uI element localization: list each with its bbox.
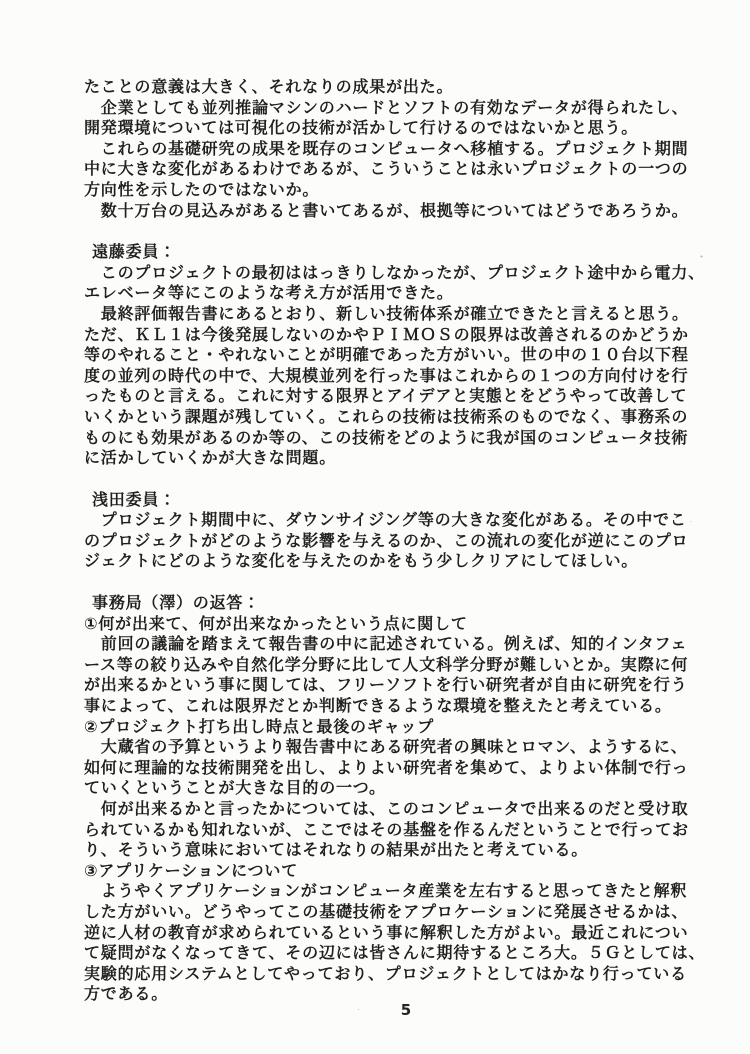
text-line: これらの基礎研究の成果を既存のコンピュータへ移植する。プロジェクト期間 (84, 139, 709, 160)
text-line: て疑問がなくなってきて、その辺には皆さんに期待するところ大。５Ｇとしては、 (84, 943, 709, 964)
text-line: たことの意義は大きく、それなりの成果が出た。 (84, 77, 709, 98)
text-line: ジェクトにどのような変化を与えたのかをもう少しクリアにしてほしい。 (84, 551, 709, 572)
text-line: 数十万台の見込みがあると書いてあるが、根拠等についてはどうであろうか。 (84, 201, 709, 222)
text-line: ものにも効果があるのか等の、この技術をどのように我が国のコンピュータ技術 (84, 428, 709, 449)
text-line: 等のやれること・やれないことが明確であった方がいい。世の中の１０台以下程 (84, 345, 709, 366)
document-body: たことの意義は大きく、それなりの成果が出た。 企業としても並列推論マシンのハード… (84, 77, 709, 1005)
text-line: り、そういう意味においてはそれなりの結果が出たと考えている。 (84, 840, 709, 861)
speaker-heading: 事務局（澤）の返答： (84, 593, 709, 614)
page-number: 5 (394, 1001, 418, 1019)
speaker-heading: 浅田委員： (84, 490, 709, 511)
text-line: 何が出来るかと言ったかについては、このコンピュータで出来るのだと受け取 (84, 799, 709, 820)
text-line: 方向性を示したのではないか。 (84, 180, 709, 201)
text-line: プロジェクト期間中に、ダウンサイジング等の大きな変化がある。その中でこ (84, 510, 709, 531)
text-line: いくかという課題が残していく。これらの技術は技術系のものでなく、事務系の (84, 407, 709, 428)
text-line: した方がいい。どうやってこの基礎技術をアプロケーションに発展させるかは、 (84, 902, 709, 923)
text-line: ようやくアプリケーションがコンピュータ産業を左右すると思ってきたと解釈 (84, 881, 709, 902)
section-endo-committee-member: 遠藤委員： このプロジェクトの最初ははっきりしなかったが、プロジェクト途中から電… (84, 242, 709, 469)
text-line: エレベータ等にこのような考え方が活用できた。 (84, 283, 709, 304)
scan-noise-speck (563, 130, 566, 133)
section-secretariat-reply: 事務局（澤）の返答： ①何が出来て、何が出来なかったという点に関して 前回の議論… (84, 593, 709, 1005)
text-line: ③アプリケーションについて (84, 861, 709, 882)
text-line: 度の並列の時代の中で、大規模並列を行った事はこれからの１つの方向付けを行 (84, 366, 709, 387)
speaker-heading: 遠藤委員： (84, 242, 709, 263)
text-line: 最終評価報告書にあるとおり、新しい技術体系が確立できたと言えると思う。 (84, 304, 709, 325)
text-line: このプロジェクトの最初ははっきりしなかったが、プロジェクト途中から電力、 (84, 263, 709, 284)
text-line: ース等の絞り込みや自然化学分野に比して人文科学分野が難しいとか。実際に何 (84, 655, 709, 676)
section-continuation: たことの意義は大きく、それなりの成果が出た。 企業としても並列推論マシンのハード… (84, 77, 709, 221)
text-line: 実験的応用システムとしてやっており、プロジェクトとしてはかなり行っている (84, 964, 709, 985)
text-line: のプロジェクトがどのような影響を与えるのか、この流れの変化が逆にこのプロ (84, 531, 709, 552)
text-line: 中に大きな変化があるわけであるが、こういうことは永いプロジェクトの一つの (84, 159, 709, 180)
text-line: ったものと言える。これに対する限界とアイデアと実態とをどうやって改善して (84, 386, 709, 407)
text-line: ②プロジェクト打ち出し時点と最後のギャップ (84, 717, 709, 738)
text-line: 開発環境については可視化の技術が活かして行けるのではないかと思う。 (84, 118, 709, 139)
section-asada-committee-member: 浅田委員： プロジェクト期間中に、ダウンサイジング等の大きな変化がある。その中で… (84, 490, 709, 572)
text-line: られているかも知れないが、ここではその基盤を作るんだということで行ってお (84, 820, 709, 841)
text-line: 大蔵省の予算というより報告書中にある研究者の興味とロマン、ようするに、 (84, 737, 709, 758)
text-line: に活かしていくかが大きな問題。 (84, 448, 709, 469)
text-line: ①何が出来て、何が出来なかったという点に関して (84, 614, 709, 635)
scanned-document-page: たことの意義は大きく、それなりの成果が出た。 企業としても並列推論マシンのハード… (0, 0, 750, 1054)
text-line: ていくということが大きな目的の一つ。 (84, 778, 709, 799)
text-line: 如何に理論的な技術開発を出し、よりよい研究者を集めて、よりよい体制で行っ (84, 758, 709, 779)
text-line: 事によって、これは限界だとか判断できるような環境を整えたと考えている。 (84, 696, 709, 717)
text-line: が出来るかという事に関しては、フリーソフトを行い研究者が自由に研究を行う (84, 675, 709, 696)
text-line: 前回の議論を踏まえて報告書の中に記述されている。例えば、知的インタフェ (84, 634, 709, 655)
text-line: ただ、ＫＬ１は今後発展しないのかやＰＩＭＯＳの限界は改善されるのかどうか (84, 325, 709, 346)
text-line: 逆に人材の教育が求められているという事に解釈した方がよい。最近これについ (84, 923, 709, 944)
text-line: 企業としても並列推論マシンのハードとソフトの有効なデータが得られたし、 (84, 98, 709, 119)
